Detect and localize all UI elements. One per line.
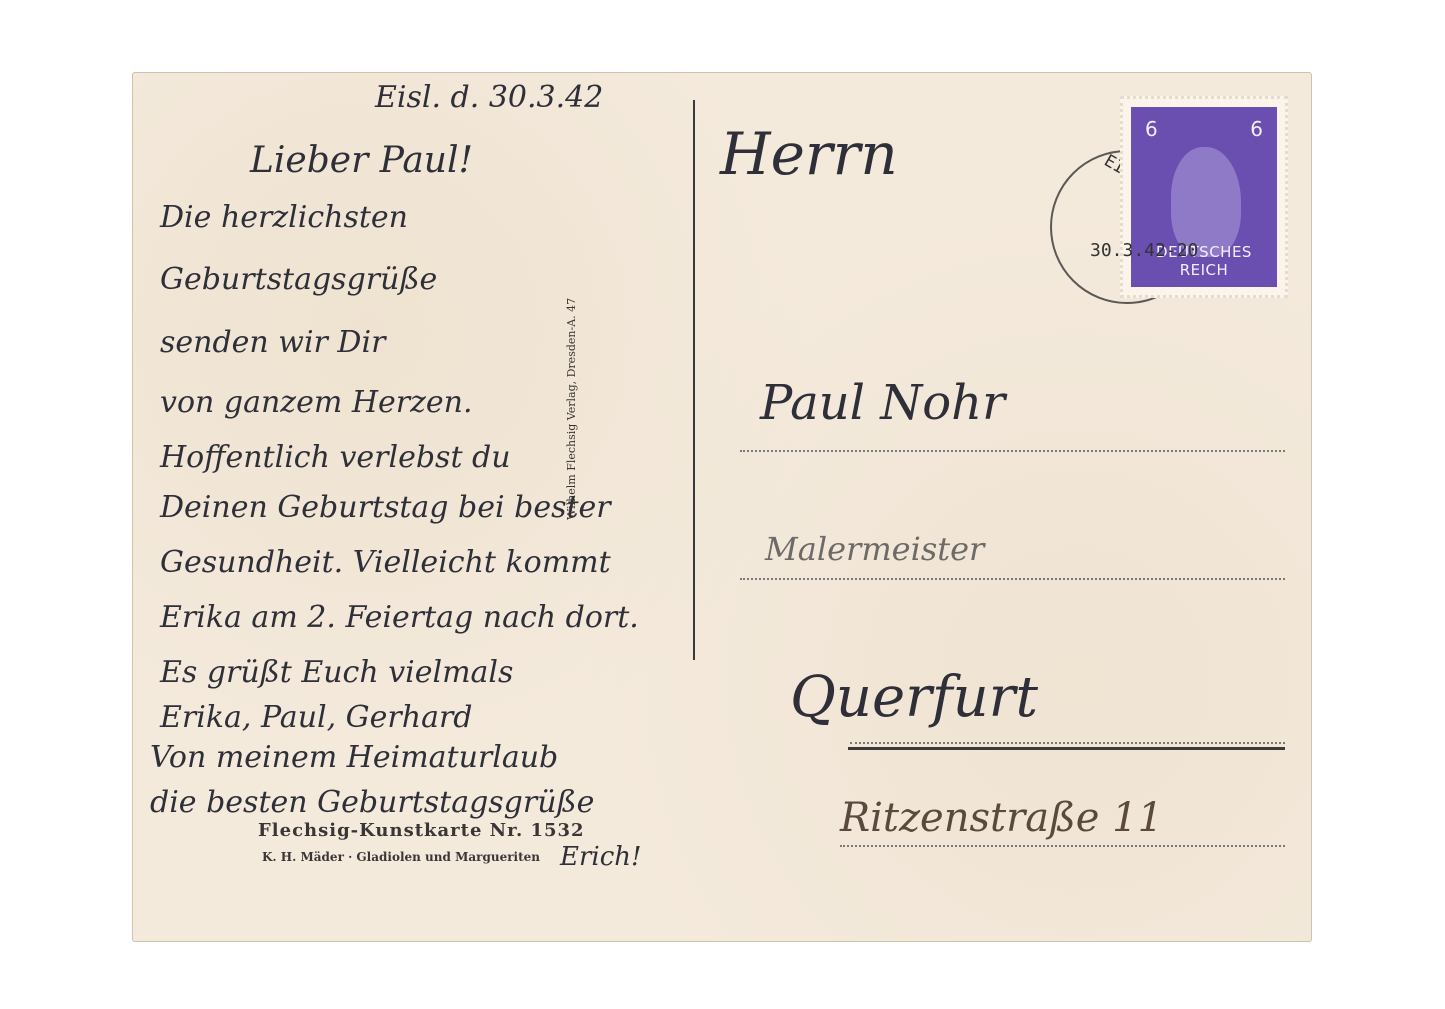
artwork-caption: K. H. Mäder · Gladiolen und Margueriten xyxy=(262,850,540,864)
message-line: Es grüßt Euch vielmals xyxy=(160,655,513,690)
message-line: Deinen Geburtstag bei bester xyxy=(160,490,611,525)
postmark-date: 30.3.42-20 xyxy=(1090,240,1198,261)
address-rule xyxy=(840,845,1285,847)
stamp-denomination: 6 xyxy=(1250,117,1263,141)
address-street: Ritzenstraße 11 xyxy=(840,795,1163,841)
address-rule xyxy=(740,578,1285,580)
message-line: Hoffentlich verlebst du xyxy=(160,440,511,475)
address-rule xyxy=(740,450,1285,452)
message-line: Geburtstagsgrüße xyxy=(160,262,437,297)
message-line: Gesundheit. Vielleicht kommt xyxy=(160,545,611,580)
message-line: Die herzlichsten xyxy=(160,200,408,235)
address-town: Querfurt xyxy=(790,665,1038,730)
message-line: Erika am 2. Feiertag nach dort. xyxy=(160,600,639,635)
message-line: von ganzem Herzen. xyxy=(160,385,473,420)
postage-stamp: 6 6 DEUTSCHES REICH xyxy=(1120,96,1288,298)
message-line: senden wir Dir xyxy=(160,325,385,360)
message-line: die besten Geburtstagsgrüße xyxy=(150,785,594,820)
stamp-denomination: 6 xyxy=(1145,117,1158,141)
center-divider xyxy=(693,100,695,660)
address-occupation: Malermeister xyxy=(765,530,984,568)
signature: Erich! xyxy=(560,842,641,872)
place-date: Eisl. d. 30.3.42 xyxy=(375,80,603,115)
message-line: Erika, Paul, Gerhard xyxy=(160,700,473,735)
address-rule xyxy=(850,742,1285,744)
address-salutation: Herrn xyxy=(720,120,898,188)
town-underline xyxy=(848,747,1285,750)
series-imprint: Flechsig-Kunstkarte Nr. 1532 xyxy=(258,820,585,841)
greeting: Lieber Paul! xyxy=(250,140,473,181)
address-name: Paul Nohr xyxy=(760,375,1005,431)
message-line: Von meinem Heimaturlaub xyxy=(150,740,558,775)
publisher-imprint: Wilhelm Flechsig Verlag, Dresden-A. 47 xyxy=(565,298,578,520)
